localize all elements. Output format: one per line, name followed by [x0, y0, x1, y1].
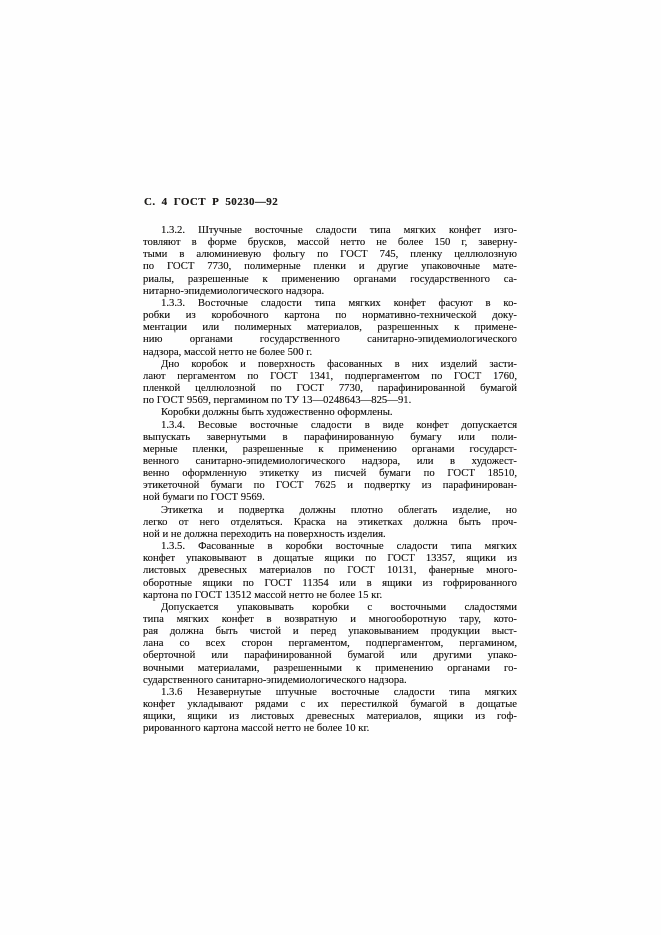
text-line: по ГОСТ 9569, пергамином по ТУ 13—024864… [143, 394, 517, 406]
text-line: нитарно-эпидемиологического надзора. [143, 285, 517, 297]
paragraph: Допускается упаковывать коробки с восточ… [143, 601, 517, 686]
text-line: оберточной или парафинированной бумагой … [143, 649, 517, 661]
text-line: Коробки должны быть художественно оформл… [143, 406, 517, 418]
paragraph: Дно коробок и поверхность фасованных в н… [143, 358, 517, 407]
text-line: ящики, ящики из листовых древесных матер… [143, 710, 517, 722]
paragraph: 1.3.5. Фасованные в коробки восточные сл… [143, 540, 517, 601]
paragraph: 1.3.4. Весовые восточные сладости в виде… [143, 419, 517, 504]
text-line: робки из коробочного картона по норматив… [143, 309, 517, 321]
paragraph: 1.3.2. Штучные восточные сладости типа м… [143, 224, 517, 297]
paragraph: 1.3.6 Незавернутые штучные восточные сла… [143, 686, 517, 735]
text-line: Дно коробок и поверхность фасованных в н… [143, 358, 517, 370]
text-line: ной и не должна переходить на поверхност… [143, 528, 517, 540]
text-line: ной бумаги по ГОСТ 9569. [143, 491, 517, 503]
text-line: вочными материалами, разрешенными к прим… [143, 662, 517, 674]
text-line: товляют в форме брусков, массой нетто не… [143, 236, 517, 248]
text-line: выпускать завернутыми в парафинированную… [143, 431, 517, 443]
text-line: картона по ГОСТ 13512 массой нетто не бо… [143, 589, 517, 601]
text-line: риалы, разрешенные к применению органами… [143, 273, 517, 285]
page-header: С. 4 ГОСТ Р 50230—92 [144, 196, 278, 208]
text-line: по ГОСТ 7730, полимерные пленки и другие… [143, 260, 517, 272]
text-line: тыми в алюминиевую фольгу по ГОСТ 745, п… [143, 248, 517, 260]
paragraph: Этикетка и подвертка должны плотно облег… [143, 504, 517, 540]
paragraph: 1.3.3. Восточные сладости типа мягких ко… [143, 297, 517, 358]
text-line: венного санитарно-эпидемиологического на… [143, 455, 517, 467]
text-line: пленкой целлюлозной по ГОСТ 7730, парафи… [143, 382, 517, 394]
text-line: конфет упаковывают в дощатые ящики по ГО… [143, 552, 517, 564]
text-line: лана со всех сторон пергаментом, подперг… [143, 637, 517, 649]
text-line: мерные пленки, разрешенные к применению … [143, 443, 517, 455]
text-line: 1.3.5. Фасованные в коробки восточные сл… [143, 540, 517, 552]
text-line: надзора, массой нетто не более 500 г. [143, 346, 517, 358]
text-line: 1.3.2. Штучные восточные сладости типа м… [143, 224, 517, 236]
text-line: сударственного санитарно-эпидемиологичес… [143, 674, 517, 686]
text-line: лают пергаментом по ГОСТ 1341, подпергам… [143, 370, 517, 382]
text-line: венно оформленную этикетку из писчей бум… [143, 467, 517, 479]
document-body: 1.3.2. Штучные восточные сладости типа м… [143, 224, 517, 735]
text-line: типа мягких конфет в возвратную и многоо… [143, 613, 517, 625]
text-line: Этикетка и подвертка должны плотно облег… [143, 504, 517, 516]
text-line: конфет укладывают рядами с их перестилко… [143, 698, 517, 710]
text-line: рированного картона массой нетто не боле… [143, 722, 517, 734]
text-line: этикеточной бумаги по ГОСТ 7625 и подвер… [143, 479, 517, 491]
text-line: Допускается упаковывать коробки с восточ… [143, 601, 517, 613]
text-line: ментации или полимерных материалов, разр… [143, 321, 517, 333]
paragraph: Коробки должны быть художественно оформл… [143, 406, 517, 418]
text-line: листовых древесных материалов по ГОСТ 10… [143, 564, 517, 576]
text-line: 1.3.6 Незавернутые штучные восточные сла… [143, 686, 517, 698]
text-line: рая должна быть чистой и перед упаковыва… [143, 625, 517, 637]
text-line: легко от него отделяться. Краска на этик… [143, 516, 517, 528]
text-line: нию органами государственного санитарно-… [143, 333, 517, 345]
scanned-document-page: С. 4 ГОСТ Р 50230—92 1.3.2. Штучные вост… [0, 0, 661, 935]
text-line: 1.3.4. Весовые восточные сладости в виде… [143, 419, 517, 431]
text-line: 1.3.3. Восточные сладости типа мягких ко… [143, 297, 517, 309]
text-line: оборотные ящики по ГОСТ 11354 или в ящик… [143, 577, 517, 589]
